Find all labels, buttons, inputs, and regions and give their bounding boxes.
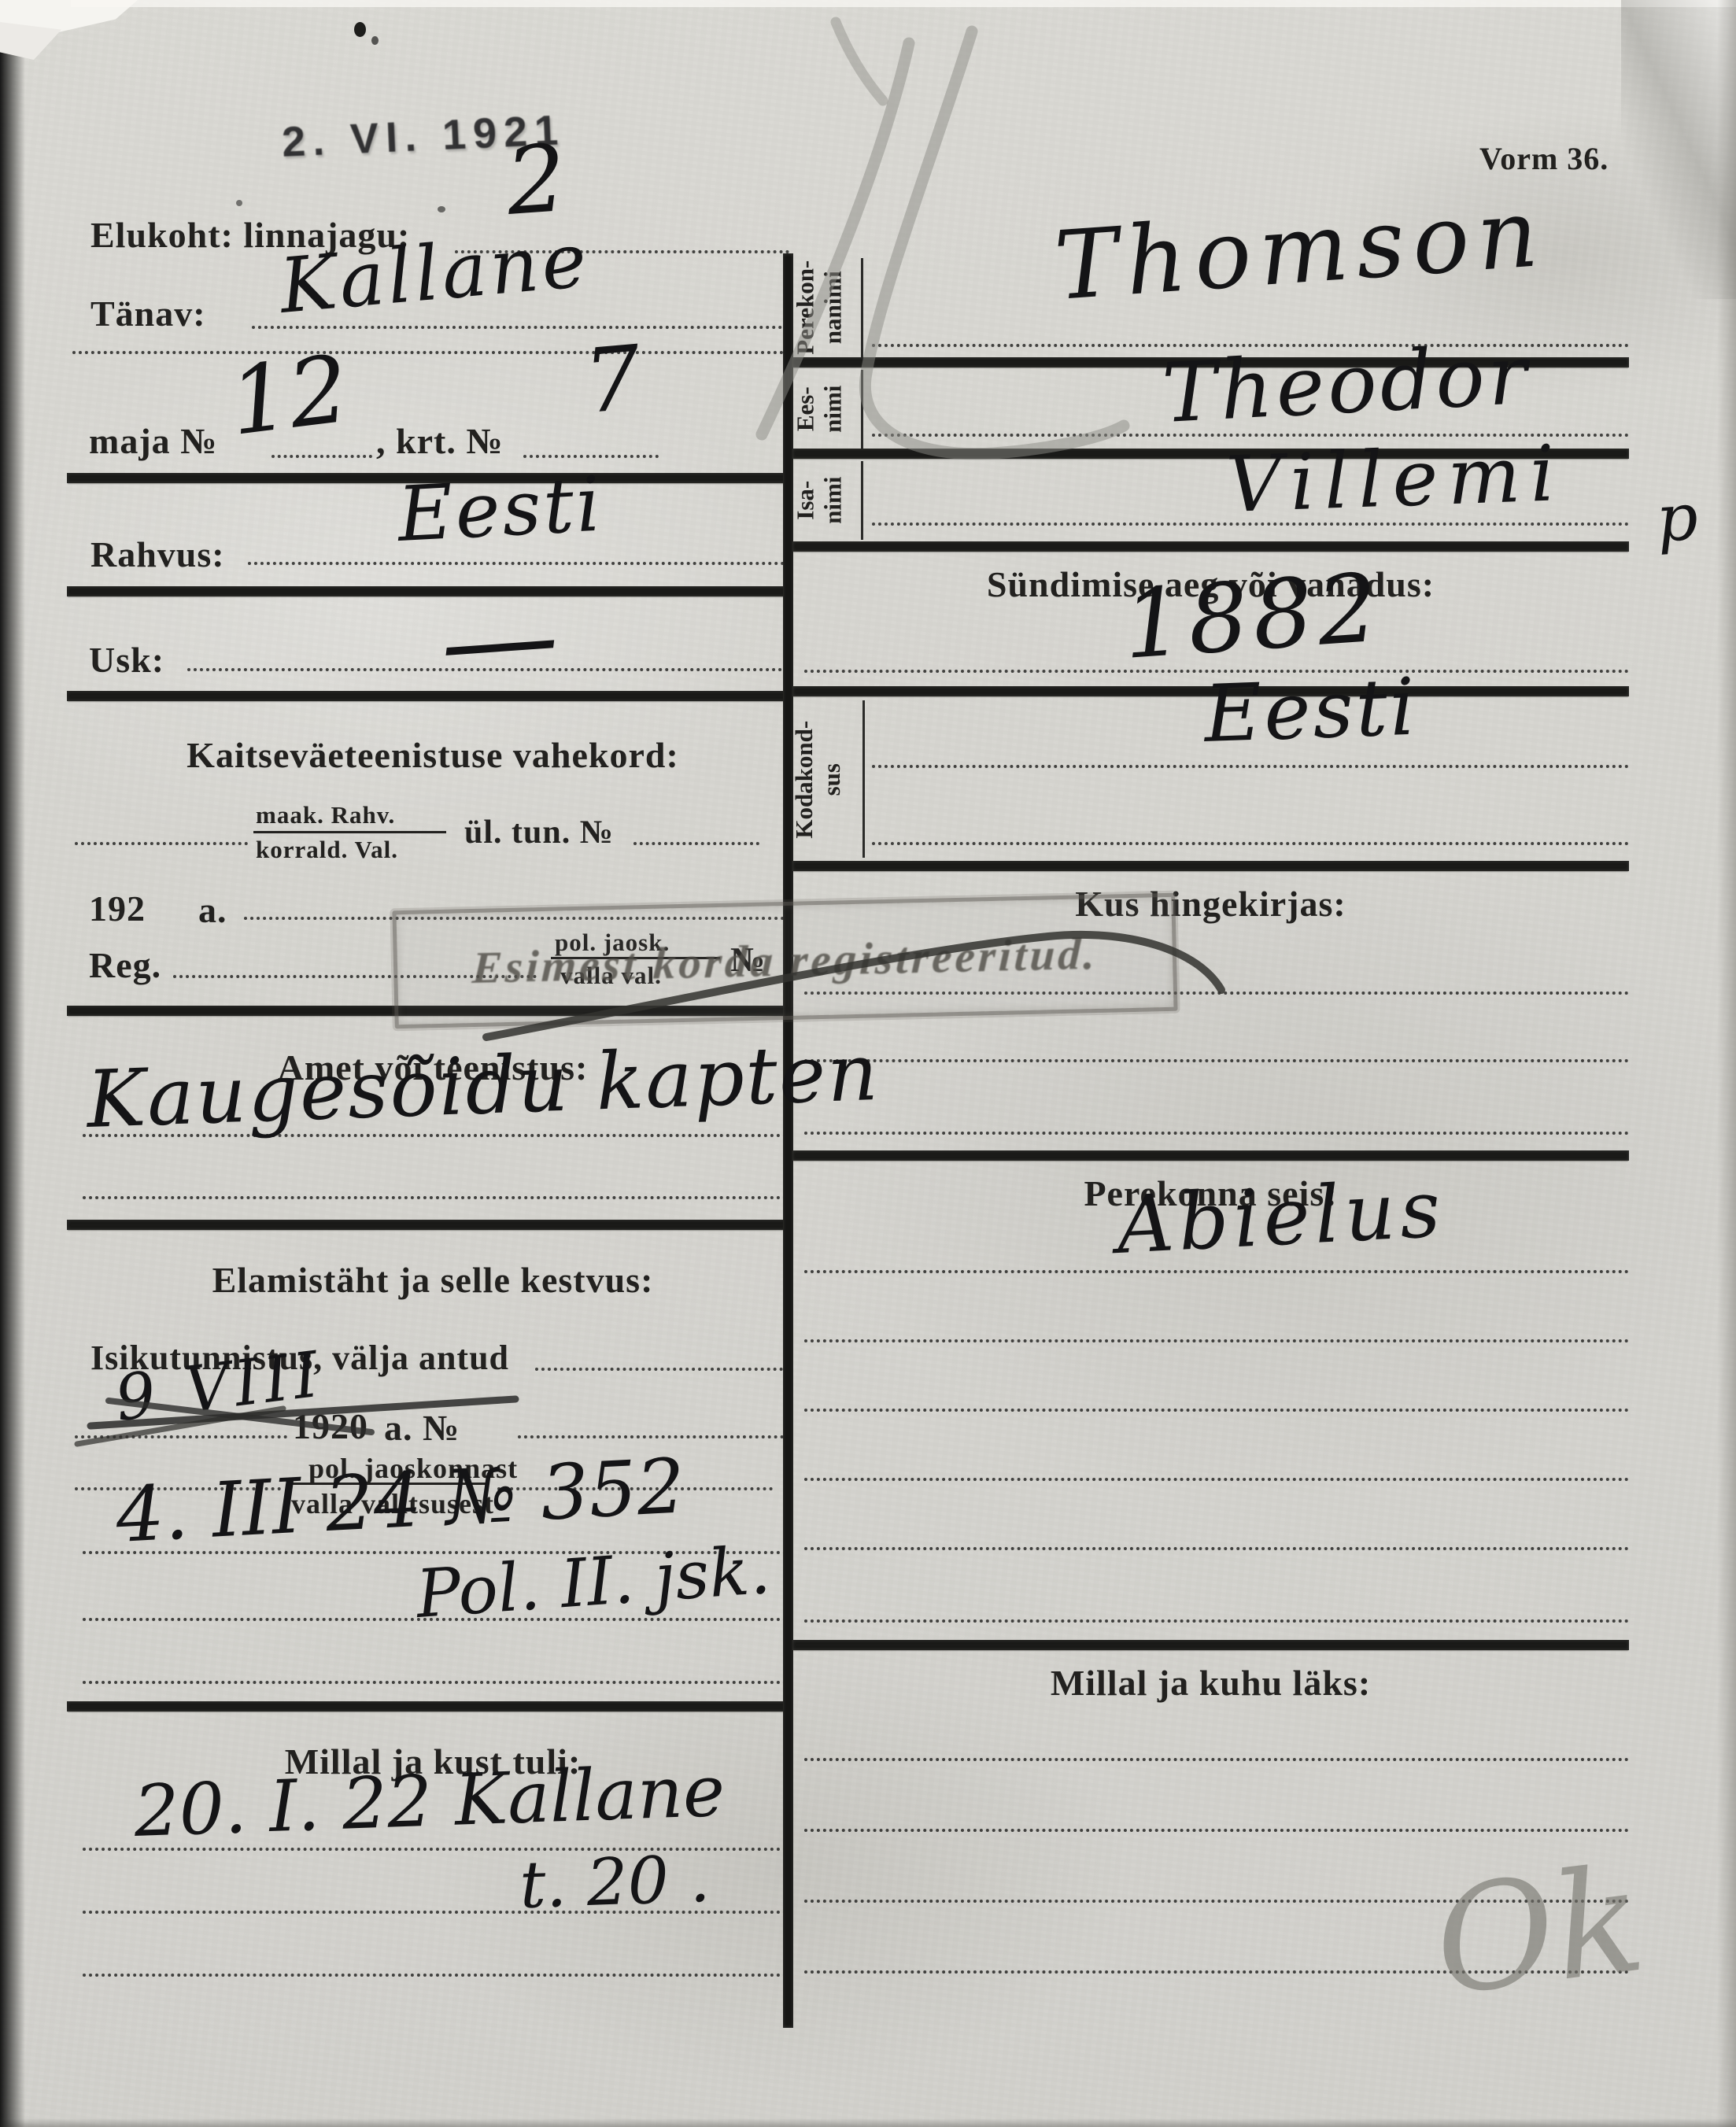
- pencil-note: Ok: [1428, 1847, 1651, 2017]
- label-line: nimi: [819, 477, 847, 524]
- field-label-usk: Usk:: [89, 639, 164, 681]
- dotted-line: [83, 1196, 787, 1199]
- dotted-line: [804, 1409, 1629, 1412]
- field-value-krt: 7: [581, 334, 645, 427]
- rule-bar: [792, 1640, 1629, 1650]
- torn-paper-corner: [0, 0, 138, 33]
- field-label-year192: 192: [89, 888, 146, 929]
- field-label-a: a.: [198, 889, 227, 931]
- dotted-line: [535, 1368, 783, 1371]
- field-value-millal-tuli-2: t. 20 .: [519, 1848, 711, 1918]
- form-number: Vorm 36.: [1479, 140, 1609, 177]
- rule-bar: [67, 1220, 792, 1230]
- dotted-line: [804, 1270, 1629, 1273]
- field-label-a-no: a. №: [384, 1407, 460, 1449]
- paper-crease-top-right: [1621, 0, 1736, 299]
- pencil-scribble-stroke: [836, 22, 883, 101]
- rule-bar: [67, 586, 792, 596]
- section-heading-elamistaht: Elamistäht ja selle kestvus:: [75, 1259, 791, 1301]
- field-value-isiku-entry1: 4. III 24 № 352: [114, 1448, 687, 1553]
- dotted-line: [804, 1478, 1629, 1481]
- dotted-line: [83, 1974, 787, 1977]
- torn-paper-corner: [0, 22, 61, 60]
- dotted-line: [872, 765, 1629, 768]
- dotted-line: [804, 1829, 1629, 1832]
- field-label-krt: , krt. №: [376, 420, 504, 462]
- dotted-line: [75, 842, 248, 845]
- field-label-rahvus: Rahvus:: [90, 534, 225, 575]
- dotted-line: [83, 1681, 787, 1684]
- dotted-line: [248, 562, 791, 565]
- fraction-rule: [253, 831, 446, 833]
- dotted-line: [804, 1132, 1629, 1135]
- label-line: Perekon-: [792, 260, 819, 355]
- dotted-line: [271, 455, 372, 458]
- scan-right-edge: [1717, 0, 1736, 2127]
- registration-stamp: Esimest korda registreeritud.: [392, 893, 1177, 1029]
- ink-speck: [354, 22, 366, 37]
- ink-speck: [371, 36, 379, 45]
- ink-speck: [236, 200, 242, 206]
- field-value-amet: Kaugesõidu kapten: [86, 1033, 881, 1139]
- field-value-eesnimi: Theodor: [1161, 334, 1532, 434]
- label-line: Kodakond-: [791, 721, 818, 839]
- dotted-line: [804, 1059, 1629, 1062]
- section-heading-kaitsevaeteenistus: Kaitseväeteenistuse vahekord:: [75, 734, 791, 776]
- field-label-korrald-val: korrald. Val.: [256, 836, 398, 864]
- scan-top-edge: [71, 0, 1736, 7]
- rule-bar: [67, 691, 792, 701]
- dotted-line: [252, 326, 789, 329]
- field-label-tanav: Tänav:: [90, 293, 206, 334]
- scan-left-edge: [0, 0, 25, 2127]
- dotted-line: [872, 842, 1629, 845]
- dotted-line: [523, 455, 659, 458]
- label-line: nimi: [819, 386, 847, 433]
- rule-bar: [792, 1150, 1629, 1161]
- rule-bar: [792, 861, 1629, 871]
- dotted-line: [804, 1547, 1629, 1550]
- label-line: nanimi: [819, 260, 847, 355]
- field-value-rahvus: Eesti: [396, 467, 604, 552]
- rule-bar: [67, 1701, 792, 1712]
- field-value-usk: —: [437, 576, 563, 702]
- scan-bottom-edge: [0, 2118, 1736, 2127]
- field-value-perekonnanimi: Thomson: [1052, 186, 1549, 315]
- field-value-isanimi: Villemi: [1225, 435, 1566, 524]
- dotted-line: [633, 842, 759, 845]
- field-value-maja: 12: [225, 342, 353, 449]
- field-value-isanimi-suffix: p: [1654, 486, 1700, 552]
- field-label-kodakondsus: Kodakond-sus: [773, 699, 863, 860]
- dotted-line: [804, 1619, 1629, 1623]
- field-label-perekonnanimi: Perekon-nanimi: [775, 257, 863, 359]
- dotted-line: [804, 1339, 1629, 1342]
- field-value-sundimine: 1882: [1121, 561, 1386, 674]
- field-label-reg: Reg.: [89, 944, 161, 986]
- field-label-maak-rahv: maak. Rahv.: [256, 801, 395, 829]
- field-label-ul-tun: ül. tun. №: [464, 814, 614, 851]
- registration-card-scan: Vorm 36. 2. VI. 1921 Elukoht: linnajagu:…: [0, 0, 1736, 2127]
- label-line: sus: [818, 721, 846, 839]
- label-line: Isa-: [792, 477, 819, 524]
- field-label-eesnimi: Ees-nimi: [775, 368, 863, 450]
- field-value-kodakondsus: Eesti: [1203, 668, 1419, 754]
- registration-stamp-text: Esimest korda registreeritud.: [471, 928, 1099, 993]
- dotted-line: [518, 1435, 784, 1438]
- field-value-millal-tuli-1: 20. I. 22 Kallane: [133, 1756, 726, 1848]
- field-label-isanimi: Isa-nimi: [775, 460, 863, 541]
- ink-speck: [438, 206, 445, 212]
- field-label-maja: maja №: [89, 420, 217, 462]
- section-heading-millal-laks: Millal ja kuhu läks:: [792, 1662, 1629, 1704]
- rule-bar: [792, 541, 1629, 552]
- dotted-line: [75, 1435, 287, 1438]
- label-line: Ees-: [792, 386, 819, 433]
- field-value-perekonna-seis: Abielus: [1115, 1169, 1447, 1265]
- field-value-elukoht: 2: [504, 131, 569, 228]
- dotted-line: [804, 1758, 1629, 1761]
- dotted-line: [72, 351, 790, 354]
